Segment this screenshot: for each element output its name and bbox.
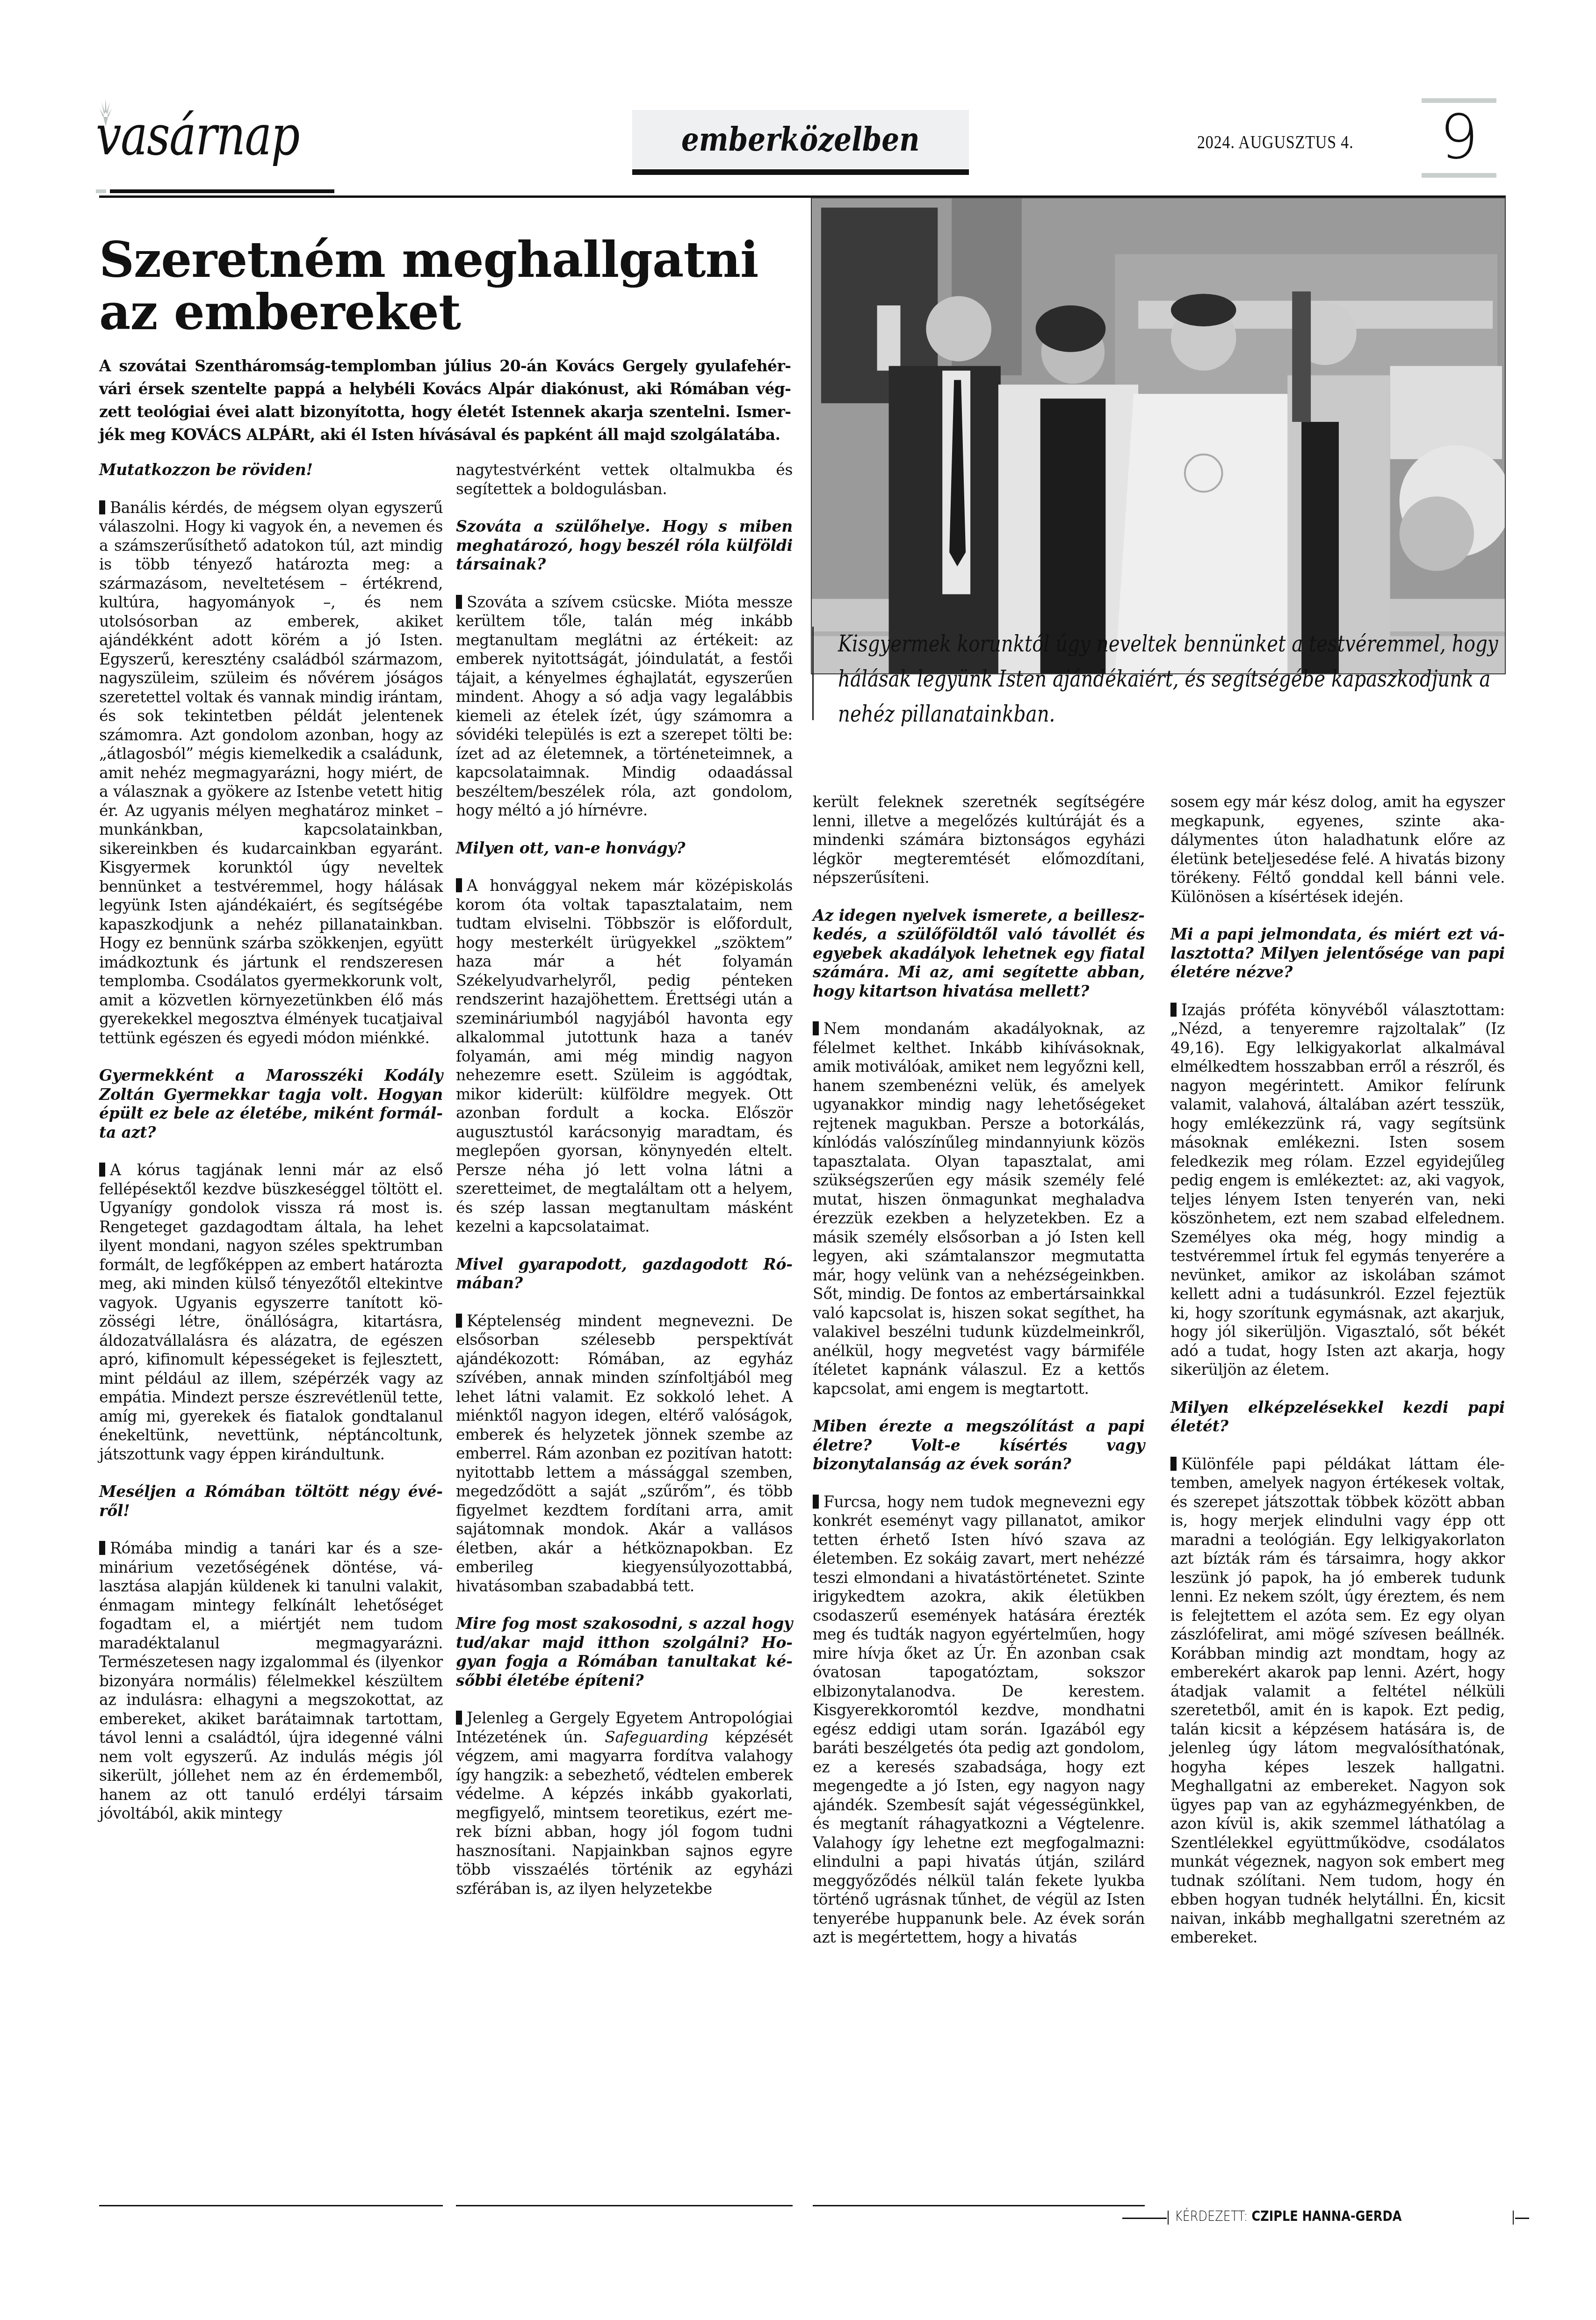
pull-quote: Kisgyermek korunktól úgy neveltek bennün…	[812, 627, 1504, 720]
byline-text: KÉRDEZETT: CZIPLE HANNA-GERDA	[1175, 2208, 1401, 2225]
interview-answer: Szováta a szívem csücske. Mióta messze k…	[456, 593, 793, 820]
article-headline: Szeretném meghallgatni az embereket	[99, 234, 777, 339]
answer-marker-icon	[1170, 1457, 1177, 1471]
answer-marker-icon	[813, 1021, 819, 1035]
interview-question: Milyen ott, van-e honvágy?	[456, 839, 793, 858]
interview-answer: A kórus tagjának lenni már az első fellé…	[99, 1161, 443, 1464]
answer-text: Rómába mindig a tanári kar és a sze­miná…	[99, 1539, 443, 1822]
interview-answer: Jelenleg a Gergely Egyetem Antro­pológia…	[456, 1709, 793, 1898]
answer-text: Izajás próféta könyvéből választot­tam: …	[1170, 1001, 1505, 1379]
interview-question: Milyen elképzelésekkel kezdi papi életét…	[1170, 1398, 1505, 1436]
article-photo[interactable]	[811, 197, 1506, 674]
pull-quote-text: Kisgyermek korunktól úgy neveltek bennün…	[838, 627, 1506, 732]
interview-answer: Izajás próféta könyvéből választot­tam: …	[1170, 1001, 1505, 1380]
answer-continuation: került feleknek szeretnék segítségére le…	[813, 793, 1145, 888]
answer-text: Különféle papi példákat láttam éle­tembe…	[1170, 1455, 1505, 1947]
section-label-box: emberközelben	[632, 110, 969, 168]
logo-text: vasárnap	[96, 108, 299, 163]
article-column-4: sosem egy már kész dolog, amit ha egy­sz…	[1170, 793, 1505, 1966]
newspaper-logo[interactable]: vasárnap	[96, 98, 348, 173]
logo-underline-accent	[96, 189, 106, 193]
answer-continuation: sosem egy már kész dolog, amit ha egy­sz…	[1170, 793, 1505, 906]
section-label: emberközelben	[681, 120, 920, 159]
interview-question: Mi a papi jelmondata, és miért ezt vá­la…	[1170, 925, 1505, 982]
interview-answer: Képtelenség mindent megnevezni. De elsős…	[456, 1312, 793, 1596]
logo-underline	[110, 189, 334, 193]
page-number: 9	[1422, 107, 1496, 167]
answer-text: Szováta a szívem csücske. Mióta messze k…	[456, 593, 793, 820]
interview-question: Miben érezte a megszólítást a papi élet­…	[813, 1417, 1145, 1474]
column-1-bottom-rule	[99, 2205, 443, 2206]
answer-marker-icon	[1170, 1003, 1177, 1017]
interview-question: Szováta a szülőhelye. Hogy s miben megha…	[456, 517, 793, 574]
answer-text: A kórus tagjának lenni már az első fellé…	[99, 1161, 443, 1463]
byline-author: CZIPLE HANNA-GERDA	[1252, 2208, 1402, 2225]
interview-question: Meséljen a Rómában töltött négy évé­ről!	[99, 1482, 443, 1520]
photo-image	[812, 198, 1505, 673]
interview-answer: Rómába mindig a tanári kar és a sze­miná…	[99, 1539, 443, 1823]
answer-marker-icon	[456, 878, 462, 892]
interview-question: Az idegen nyelvek ismerete, a beillesz­k…	[813, 906, 1145, 1001]
byline-tick-right	[1513, 2211, 1514, 2225]
answer-marker-icon	[456, 595, 462, 609]
interview-question: Mivel gyarapodott, gazdagodott Ró­mában?	[456, 1255, 793, 1293]
answer-text-italic: Safeguar­ding	[605, 1728, 708, 1746]
issue-date: 2024. AUGUSZTUS 4.	[1197, 131, 1354, 153]
interview-answer: Furcsa, hogy nem tudok megnevezni egy ko…	[813, 1493, 1145, 1947]
article-column-1: Mutatkozzon be röviden! Banális kérdés, …	[99, 461, 443, 1842]
interview-answer: Különféle papi példákat láttam éle­tembe…	[1170, 1455, 1505, 1947]
interview-answer: Banális kérdés, de mégsem olyan egyszerű…	[99, 499, 443, 1048]
interview-answer: Nem mondanám akadályoknak, az félelmet k…	[813, 1019, 1145, 1398]
answer-marker-icon	[99, 1163, 105, 1177]
interview-question: Gyermekként a Marosszéki Kodály Zoltán G…	[99, 1066, 443, 1142]
interview-question: Mutatkozzon be röviden!	[99, 461, 443, 480]
article-lead: A szovátai Szentháromság-templomban júli…	[99, 354, 791, 446]
byline-rule-left	[1122, 2218, 1167, 2219]
byline: KÉRDEZETT: CZIPLE HANNA-GERDA	[1122, 2198, 1543, 2226]
byline-rule-right	[1515, 2218, 1529, 2219]
byline-label: KÉRDEZETT:	[1175, 2208, 1248, 2225]
answer-continuation: nagytestvérként vettek oltalmukba és seg…	[456, 461, 793, 499]
answer-text: Képtelenség mindent megnevezni. De elsős…	[456, 1312, 793, 1595]
answer-text: Banális kérdés, de mégsem olyan egyszerű…	[99, 499, 443, 1047]
section-underline	[632, 169, 969, 175]
column-3-bottom-rule	[813, 2205, 1145, 2206]
answer-marker-icon	[456, 1711, 462, 1725]
answer-marker-icon	[99, 1541, 105, 1555]
article-column-3: került feleknek szeretnék segítségére le…	[813, 793, 1145, 1966]
interview-answer: A honvággyal nekem már középis­kolás kor…	[456, 876, 793, 1236]
page-number-box: 9	[1422, 98, 1496, 178]
article-column-2: nagytestvérként vettek oltalmukba és seg…	[456, 461, 793, 1917]
masthead: vasárnap emberközelben 2024. AUGUSZTUS 4…	[0, 0, 1596, 206]
answer-marker-icon	[813, 1495, 819, 1509]
answer-text: A honvággyal nekem már középis­kolás kor…	[456, 876, 793, 1236]
column-2-bottom-rule	[456, 2205, 793, 2206]
interview-question: Mire fog most szakosodni, s azzal hogy t…	[456, 1614, 793, 1690]
answer-text: Furcsa, hogy nem tudok megnevezni egy ko…	[813, 1493, 1145, 1947]
answer-text: képzését végzem, ami magyarra fordítva v…	[456, 1728, 793, 1898]
answer-text: Nem mondanám akadályoknak, az félelmet k…	[813, 1019, 1145, 1398]
answer-marker-icon	[456, 1314, 462, 1328]
page-number-rule-bottom	[1422, 173, 1496, 178]
answer-marker-icon	[99, 500, 105, 514]
byline-tick-left	[1168, 2211, 1169, 2225]
